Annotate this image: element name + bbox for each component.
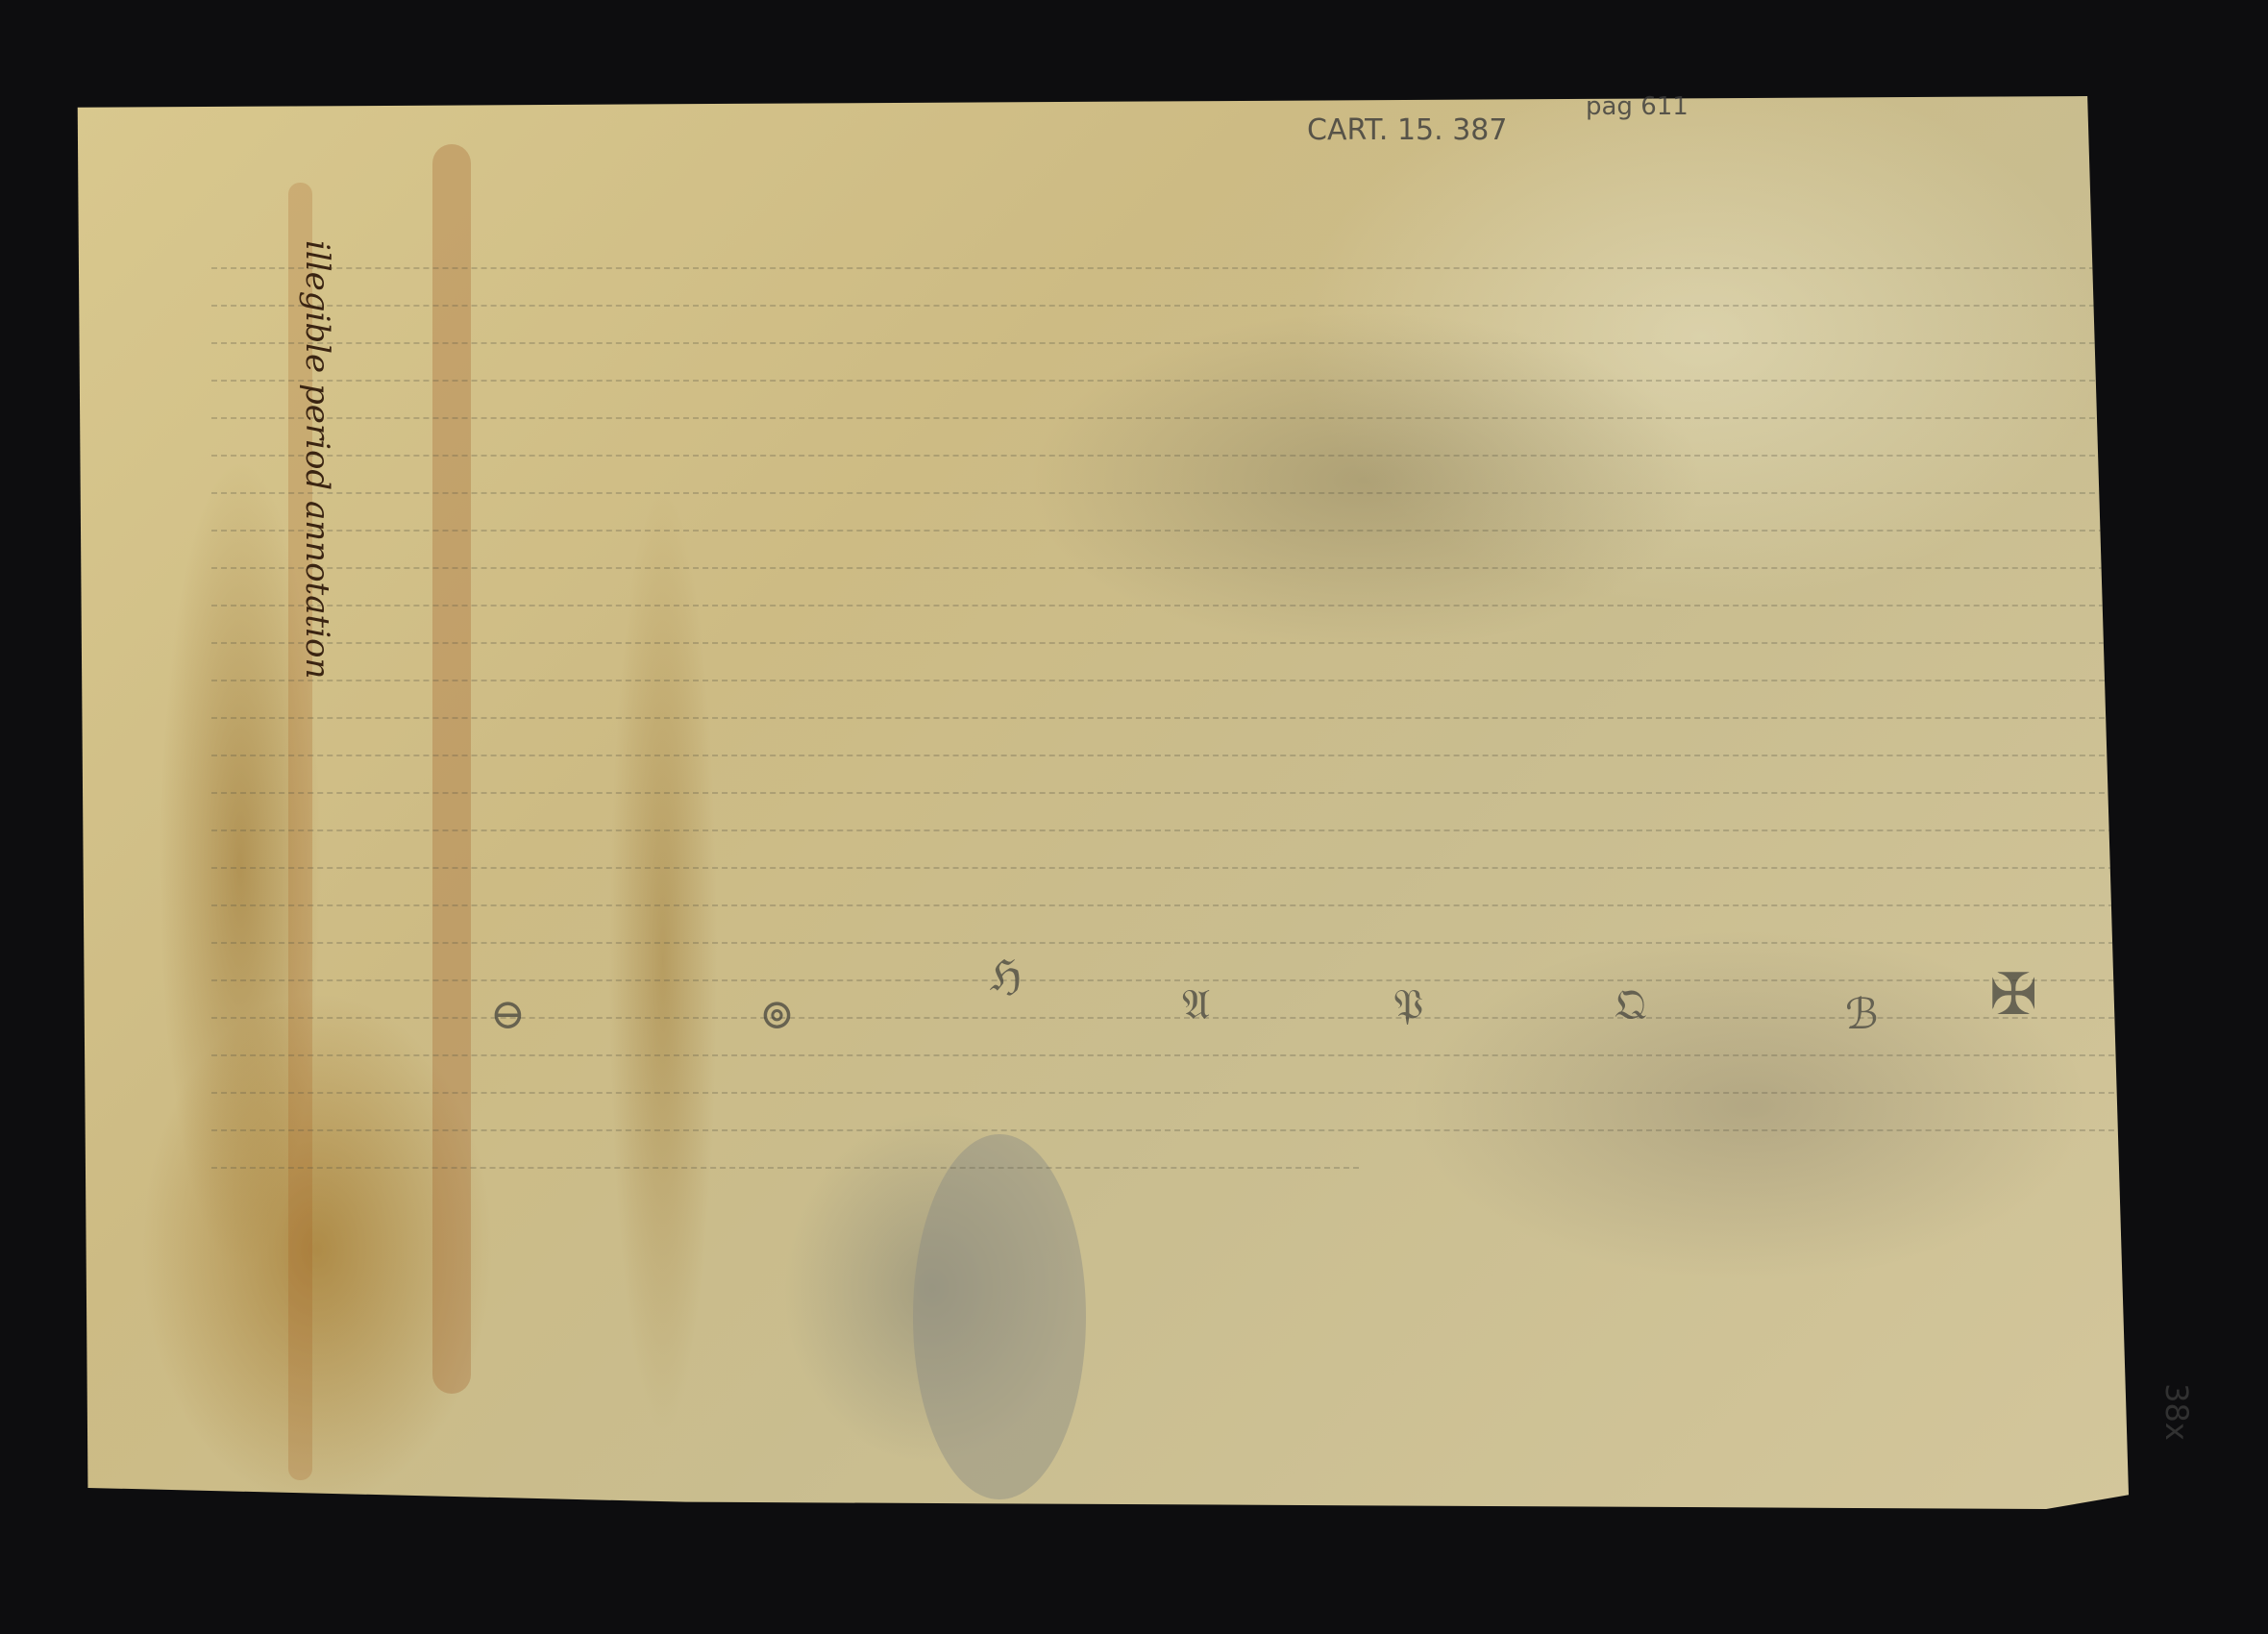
cross-signum: ✠ — [1989, 961, 2037, 1028]
water-stain — [913, 1134, 1086, 1499]
shelfmark: CART. 15. 387 — [1307, 113, 1507, 147]
signum-7: ℬ — [1845, 990, 1879, 1039]
signum-4: 𝔄 — [1182, 980, 1210, 1029]
signum-3: ℌ — [990, 952, 1022, 1001]
parchment-document: ⊖ ⊚ ℌ 𝔄 𝔓 𝔔 ℬ ✠ illegible period annotat… — [67, 96, 2129, 1509]
signum-2: ⊚ — [759, 990, 795, 1039]
rotated-margin-note: 38x — [2158, 1383, 2195, 1441]
signum-5: 𝔓 — [1393, 980, 1423, 1029]
signum-1: ⊖ — [490, 990, 526, 1039]
page-number: pag 611 — [1586, 92, 1689, 121]
left-margin-annotation: illegible period annotation — [298, 240, 336, 679]
signum-6: 𝔔 — [1615, 980, 1646, 1029]
